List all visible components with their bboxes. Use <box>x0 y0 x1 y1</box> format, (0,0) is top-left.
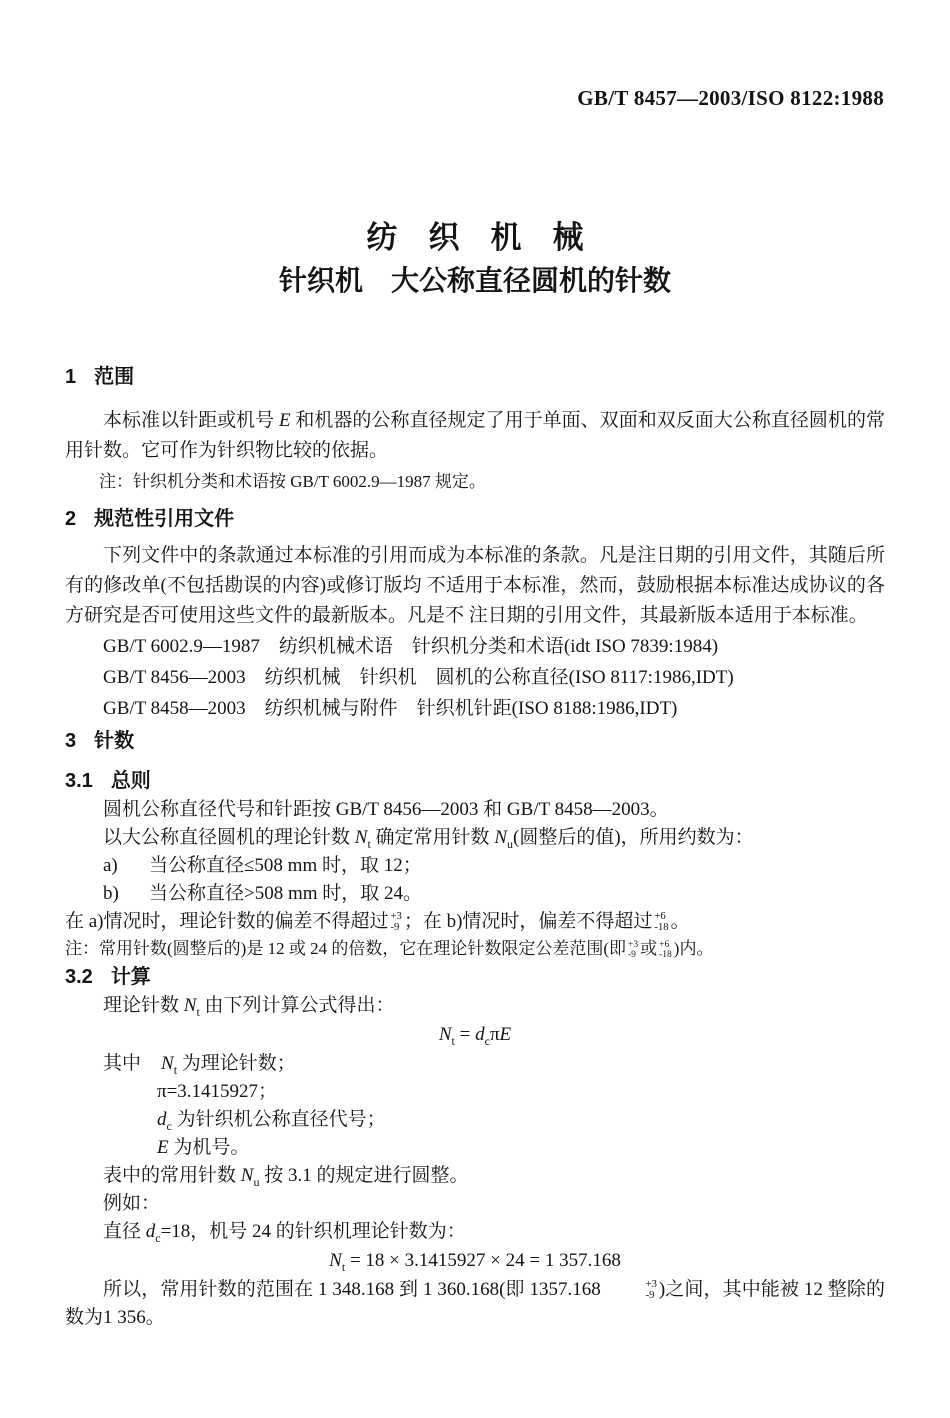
conclusion-paragraph: 所以，常用针数的范围在 1 348.168 到 1 360.168(即 1357… <box>65 1276 885 1332</box>
text: 或 <box>640 939 657 958</box>
tolerance-upper: +6 <box>654 911 668 922</box>
reference-item: GB/T 8456—2003 纺织机械 针织机 圆机的公称直径(ISO 8117… <box>65 662 885 693</box>
where-clause-E: E 为机号。 <box>65 1134 885 1162</box>
var-d: d <box>157 1109 167 1130</box>
var-E: E <box>279 410 291 431</box>
section-1-number: 1 <box>65 366 76 388</box>
list-item-b: b)当公称直径>508 mm 时，取 24。 <box>65 880 885 908</box>
var-d: d <box>475 1024 485 1045</box>
reference-item: GB/T 6002.9—1987 纺织机械术语 针织机分类和术语(idt ISO… <box>65 631 885 662</box>
section-3-1-title: 总则 <box>111 770 151 792</box>
example-setup-paragraph: 直径 dc=18，机号 24 的针织机理论针数为： <box>65 1218 885 1246</box>
section-3-2-heading: 3.2计算 <box>65 964 885 990</box>
text: 为理论针数； <box>177 1053 296 1074</box>
var-N: N <box>184 995 197 1016</box>
section-3-heading: 3针数 <box>65 728 885 754</box>
section-3-2-title: 计算 <box>111 966 151 988</box>
document-page: GB/T 8457—2003/ISO 8122:1988 纺 织 机 械 针织机… <box>0 0 950 1418</box>
var-E: E <box>157 1137 169 1158</box>
text: (圆整后的值)，所用约数为： <box>513 827 754 848</box>
section-3-2-number: 3.2 <box>65 966 93 988</box>
var-N: N <box>355 827 368 848</box>
text: 理论针数 <box>103 995 184 1016</box>
text: =18，机号 24 的针织机理论针数为： <box>161 1221 466 1242</box>
tolerance-upper: +3 <box>391 911 402 922</box>
section-3-number: 3 <box>65 730 76 752</box>
text: 表中的常用针数 <box>103 1165 241 1186</box>
where-clause-dc: dc 为针织机公称直径代号； <box>65 1106 885 1134</box>
section-3-title: 针数 <box>94 730 134 752</box>
list-item-a-label: a) <box>103 852 149 880</box>
text: 在 a)情况时，理论针数的偏差不得超过 <box>65 911 389 932</box>
list-item-b-text: 当公称直径>508 mm 时，取 24。 <box>149 883 422 904</box>
section-2-title: 规范性引用文件 <box>94 508 234 530</box>
example-formula: Nt = 18 × 3.1415927 × 24 = 1 357.168 <box>65 1246 885 1276</box>
tolerance-plus3-minus9: +3-9 <box>608 1279 657 1301</box>
main-formula: Nt = dcπE <box>65 1020 885 1050</box>
equals-sign: = <box>455 1024 475 1045</box>
tolerance-upper: +6 <box>659 940 672 950</box>
var-N: N <box>329 1250 342 1271</box>
var-N: N <box>161 1053 174 1074</box>
text: 为针织机公称直径代号； <box>172 1109 386 1130</box>
tolerance-upper: +3 <box>608 1279 657 1290</box>
calculation-intro-paragraph: 理论针数 Nt 由下列计算公式得出： <box>65 992 885 1020</box>
scope-paragraph: 本标准以针距或机号 E 和机器的公称直径规定了用于单面、双面和双反面大公称直径圆… <box>65 406 885 466</box>
section-2-heading: 2规范性引用文件 <box>65 506 885 532</box>
var-N: N <box>241 1165 254 1186</box>
text: 注：常用针数(圆整后的)是 12 或 24 的倍数，它在理论针数限定公差范围(即 <box>65 939 626 958</box>
example-formula-rhs: = 18 × 3.1415927 × 24 = 1 357.168 <box>345 1250 621 1271</box>
list-item-a: a)当公称直径≤508 mm 时，取 12； <box>65 852 885 880</box>
text: 为机号。 <box>169 1137 250 1158</box>
text: 以大公称直径圆机的理论针数 <box>103 827 355 848</box>
list-item-b-label: b) <box>103 880 149 908</box>
document-body: 1范围 本标准以针距或机号 E 和机器的公称直径规定了用于单面、双面和双反面大公… <box>65 0 885 1332</box>
text: 确定常用针数 <box>371 827 495 848</box>
tolerance-lower: -9 <box>628 950 638 960</box>
pi-symbol: π <box>490 1024 500 1045</box>
reference-item: GB/T 8458—2003 纺织机械与附件 针织机针距(ISO 8188:19… <box>65 693 885 724</box>
scope-text: 本标准以针距或机号 <box>103 410 279 431</box>
tolerance-plus6-minus18: +6-18 <box>654 911 668 933</box>
tolerance-lower: -9 <box>391 922 402 933</box>
tolerance-plus6-minus18: +6-18 <box>659 940 672 960</box>
var-d: d <box>146 1221 156 1242</box>
tolerance-upper: +3 <box>628 940 638 950</box>
section-3-1-heading: 3.1总则 <box>65 768 885 794</box>
text: 直径 <box>103 1221 146 1242</box>
section-2-number: 2 <box>65 508 76 530</box>
section-1-title: 范围 <box>94 366 134 388</box>
text: ；在 b)情况时，偏差不得超过 <box>404 911 653 932</box>
section-1-heading: 1范围 <box>65 364 885 390</box>
tolerance-lower: -9 <box>608 1290 657 1301</box>
where-label: 其中 <box>103 1053 141 1074</box>
text: 按 3.1 的规定进行圆整。 <box>259 1165 468 1186</box>
general-rules-paragraph-2: 以大公称直径圆机的理论针数 Nt 确定常用针数 Nu(圆整后的值)，所用约数为： <box>65 824 885 852</box>
general-rules-paragraph-1: 圆机公称直径代号和针距按 GB/T 8456—2003 和 GB/T 8458—… <box>65 796 885 824</box>
var-N: N <box>439 1024 452 1045</box>
tolerance-plus3-minus9: +3-9 <box>628 940 638 960</box>
tolerance-lower: -18 <box>654 922 668 933</box>
text: 所以，常用针数的范围在 1 348.168 到 1 360.168(即 1357… <box>103 1279 606 1300</box>
example-label: 例如： <box>65 1190 885 1218</box>
where-clause-Nt: 其中Nt 为理论针数； <box>65 1050 885 1078</box>
text: )内。 <box>674 939 714 958</box>
general-rules-note: 注：常用针数(圆整后的)是 12 或 24 的倍数，它在理论针数限定公差范围(即… <box>65 936 885 962</box>
var-N: N <box>494 827 507 848</box>
where-clause-pi: π=3.1415927； <box>65 1078 885 1106</box>
rounding-paragraph: 表中的常用针数 Nu 按 3.1 的规定进行圆整。 <box>65 1162 885 1190</box>
scope-note: 注：针织机分类和术语按 GB/T 6002.9—1987 规定。 <box>65 470 885 494</box>
tolerance-paragraph: 在 a)情况时，理论针数的偏差不得超过+3-9；在 b)情况时，偏差不得超过+6… <box>65 908 885 936</box>
text: 由下列计算公式得出： <box>200 995 395 1016</box>
tolerance-lower: -18 <box>659 950 672 960</box>
section-3-1-number: 3.1 <box>65 770 93 792</box>
normative-refs-paragraph: 下列文件中的条款通过本标准的引用而成为本标准的条款。凡是注日期的引用文件，其随后… <box>65 541 885 631</box>
list-item-a-text: 当公称直径≤508 mm 时，取 12； <box>149 855 422 876</box>
var-E: E <box>500 1024 512 1045</box>
text: 。 <box>671 911 690 932</box>
tolerance-plus3-minus9: +3-9 <box>391 911 402 933</box>
